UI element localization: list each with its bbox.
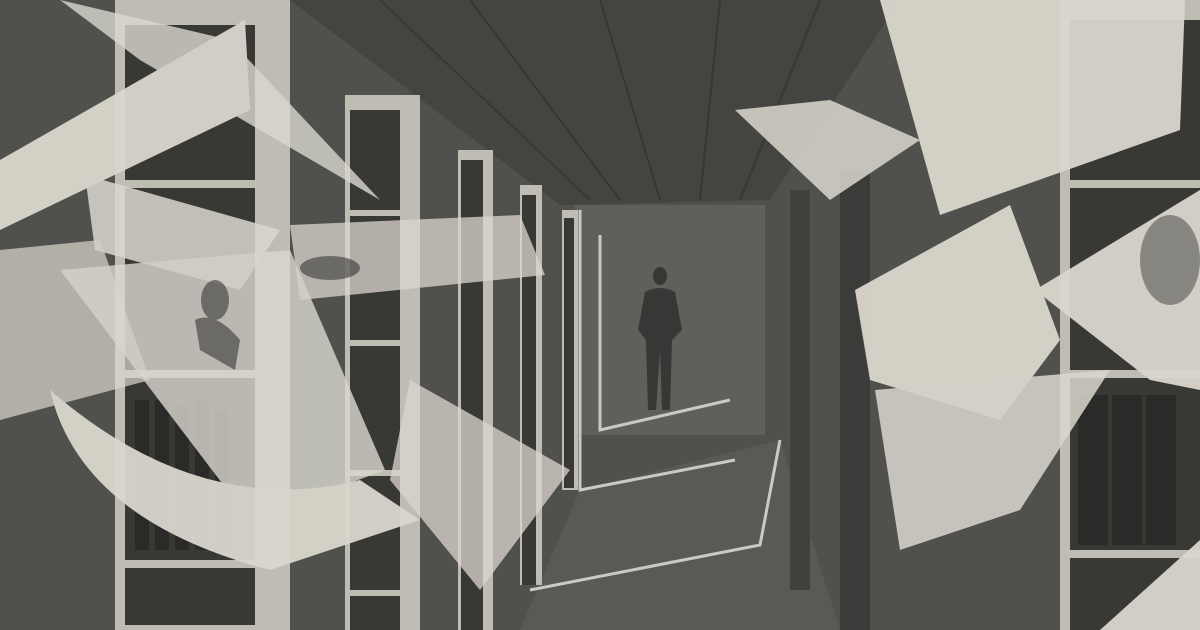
illustration-canvas (0, 0, 1200, 630)
grain-overlay (0, 0, 1200, 630)
library-illustration (0, 0, 1200, 630)
